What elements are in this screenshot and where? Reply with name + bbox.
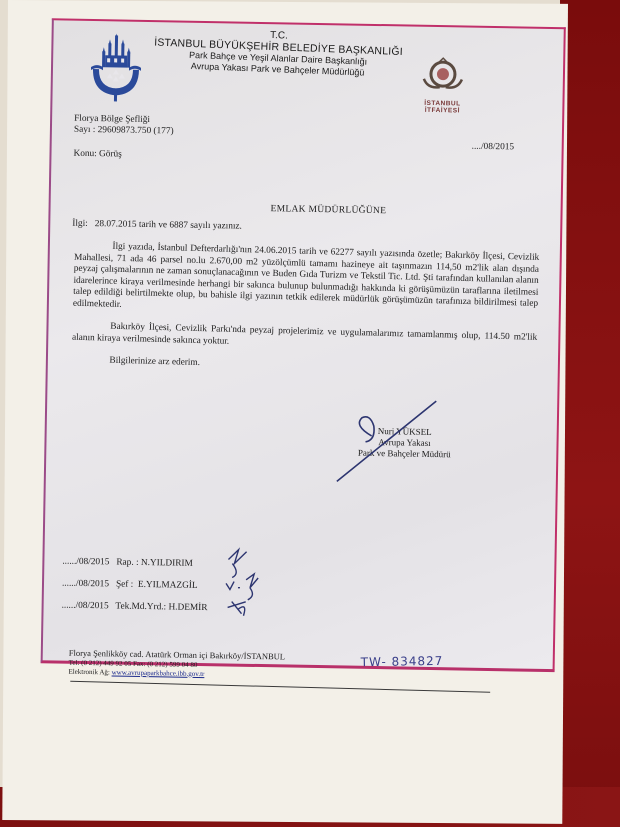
approval-date: ....../08/2015 — [62, 557, 109, 568]
ibb-logo-icon — [88, 33, 145, 104]
document-page: T.C. İSTANBUL BÜYÜKŞEHİR BELEDİYE BAŞKAN… — [41, 18, 566, 672]
handwritten-note: TW- 834827 — [361, 654, 444, 669]
approval-row: ....../08/2015 Rap. : N.YILDIRIM — [62, 557, 193, 570]
approval-role: Şef : — [116, 580, 133, 590]
approval-date: ....../08/2015 — [62, 579, 109, 590]
subject-value: Görüş — [99, 149, 122, 159]
logo-text-2: İTFAİYESİ — [417, 107, 467, 115]
body-text: İlgi yazıda, İstanbul Defterdarlığı'nın … — [71, 241, 539, 379]
signature-scribble-icon — [331, 395, 443, 487]
body-paragraph-1: İlgi yazıda, İstanbul Defterdarlığı'nın … — [73, 241, 540, 322]
initials-scribble-icon — [223, 543, 304, 624]
document-date: ..../08/2015 — [472, 142, 515, 154]
closing: Bilgilerinize arz ederim. — [71, 355, 536, 379]
approval-row: ....../08/2015 Şef : E.YILMAZGİL — [62, 579, 198, 592]
approval-name: H.DEMİR — [168, 602, 207, 613]
reference: İlgi: 28.07.2015 tarih ve 6887 sayılı ya… — [72, 219, 242, 233]
outer-paper-sheet: T.C. İSTANBUL BÜYÜKŞEHİR BELEDİYE BAŞKAN… — [2, 0, 568, 824]
istanbul-itfaiyesi-logo: İSTANBUL İTFAİYESİ — [417, 57, 468, 118]
approval-date: ....../08/2015 — [62, 601, 109, 612]
reference-label: İlgi: — [72, 219, 88, 229]
approval-name: N.YILDIRIM — [141, 558, 193, 569]
subject-label: Konu: — [73, 149, 96, 159]
document-number: Sayı : 29609873.750 (177) — [74, 125, 174, 138]
web-link[interactable]: www.avrupaparkbahce.ibb.gov.tr — [112, 668, 205, 678]
approval-row: ....../08/2015 Tek.Md.Yrd.: H.DEMİR — [62, 601, 208, 615]
number-label: Sayı — [74, 125, 91, 135]
web-label: Elektronik Ağ: — [68, 667, 110, 676]
approval-role: Rap. : — [116, 558, 138, 568]
red-background — [560, 0, 620, 827]
footer-divider — [70, 681, 490, 693]
number-value: : 29609873.750 (177) — [93, 125, 174, 136]
footer: Florya Şenlikköy cad. Atatürk Orman içi … — [68, 649, 285, 680]
subject: Konu: Görüş — [73, 149, 121, 161]
fire-department-emblem-icon — [418, 57, 469, 96]
approval-name: E.YILMAZGİL — [138, 580, 198, 591]
letterhead: T.C. İSTANBUL BÜYÜKŞEHİR BELEDİYE BAŞKAN… — [143, 25, 415, 80]
reference-value: 28.07.2015 tarih ve 6887 sayılı yazınız. — [95, 219, 242, 232]
body-paragraph-2: Bakırköy İlçesi, Cevizlik Parkı'nda peyz… — [72, 321, 537, 356]
recipient: EMLAK MÜDÜRLÜĞÜNE — [270, 204, 386, 217]
approval-role: Tek.Md.Yrd.: — [115, 602, 166, 613]
